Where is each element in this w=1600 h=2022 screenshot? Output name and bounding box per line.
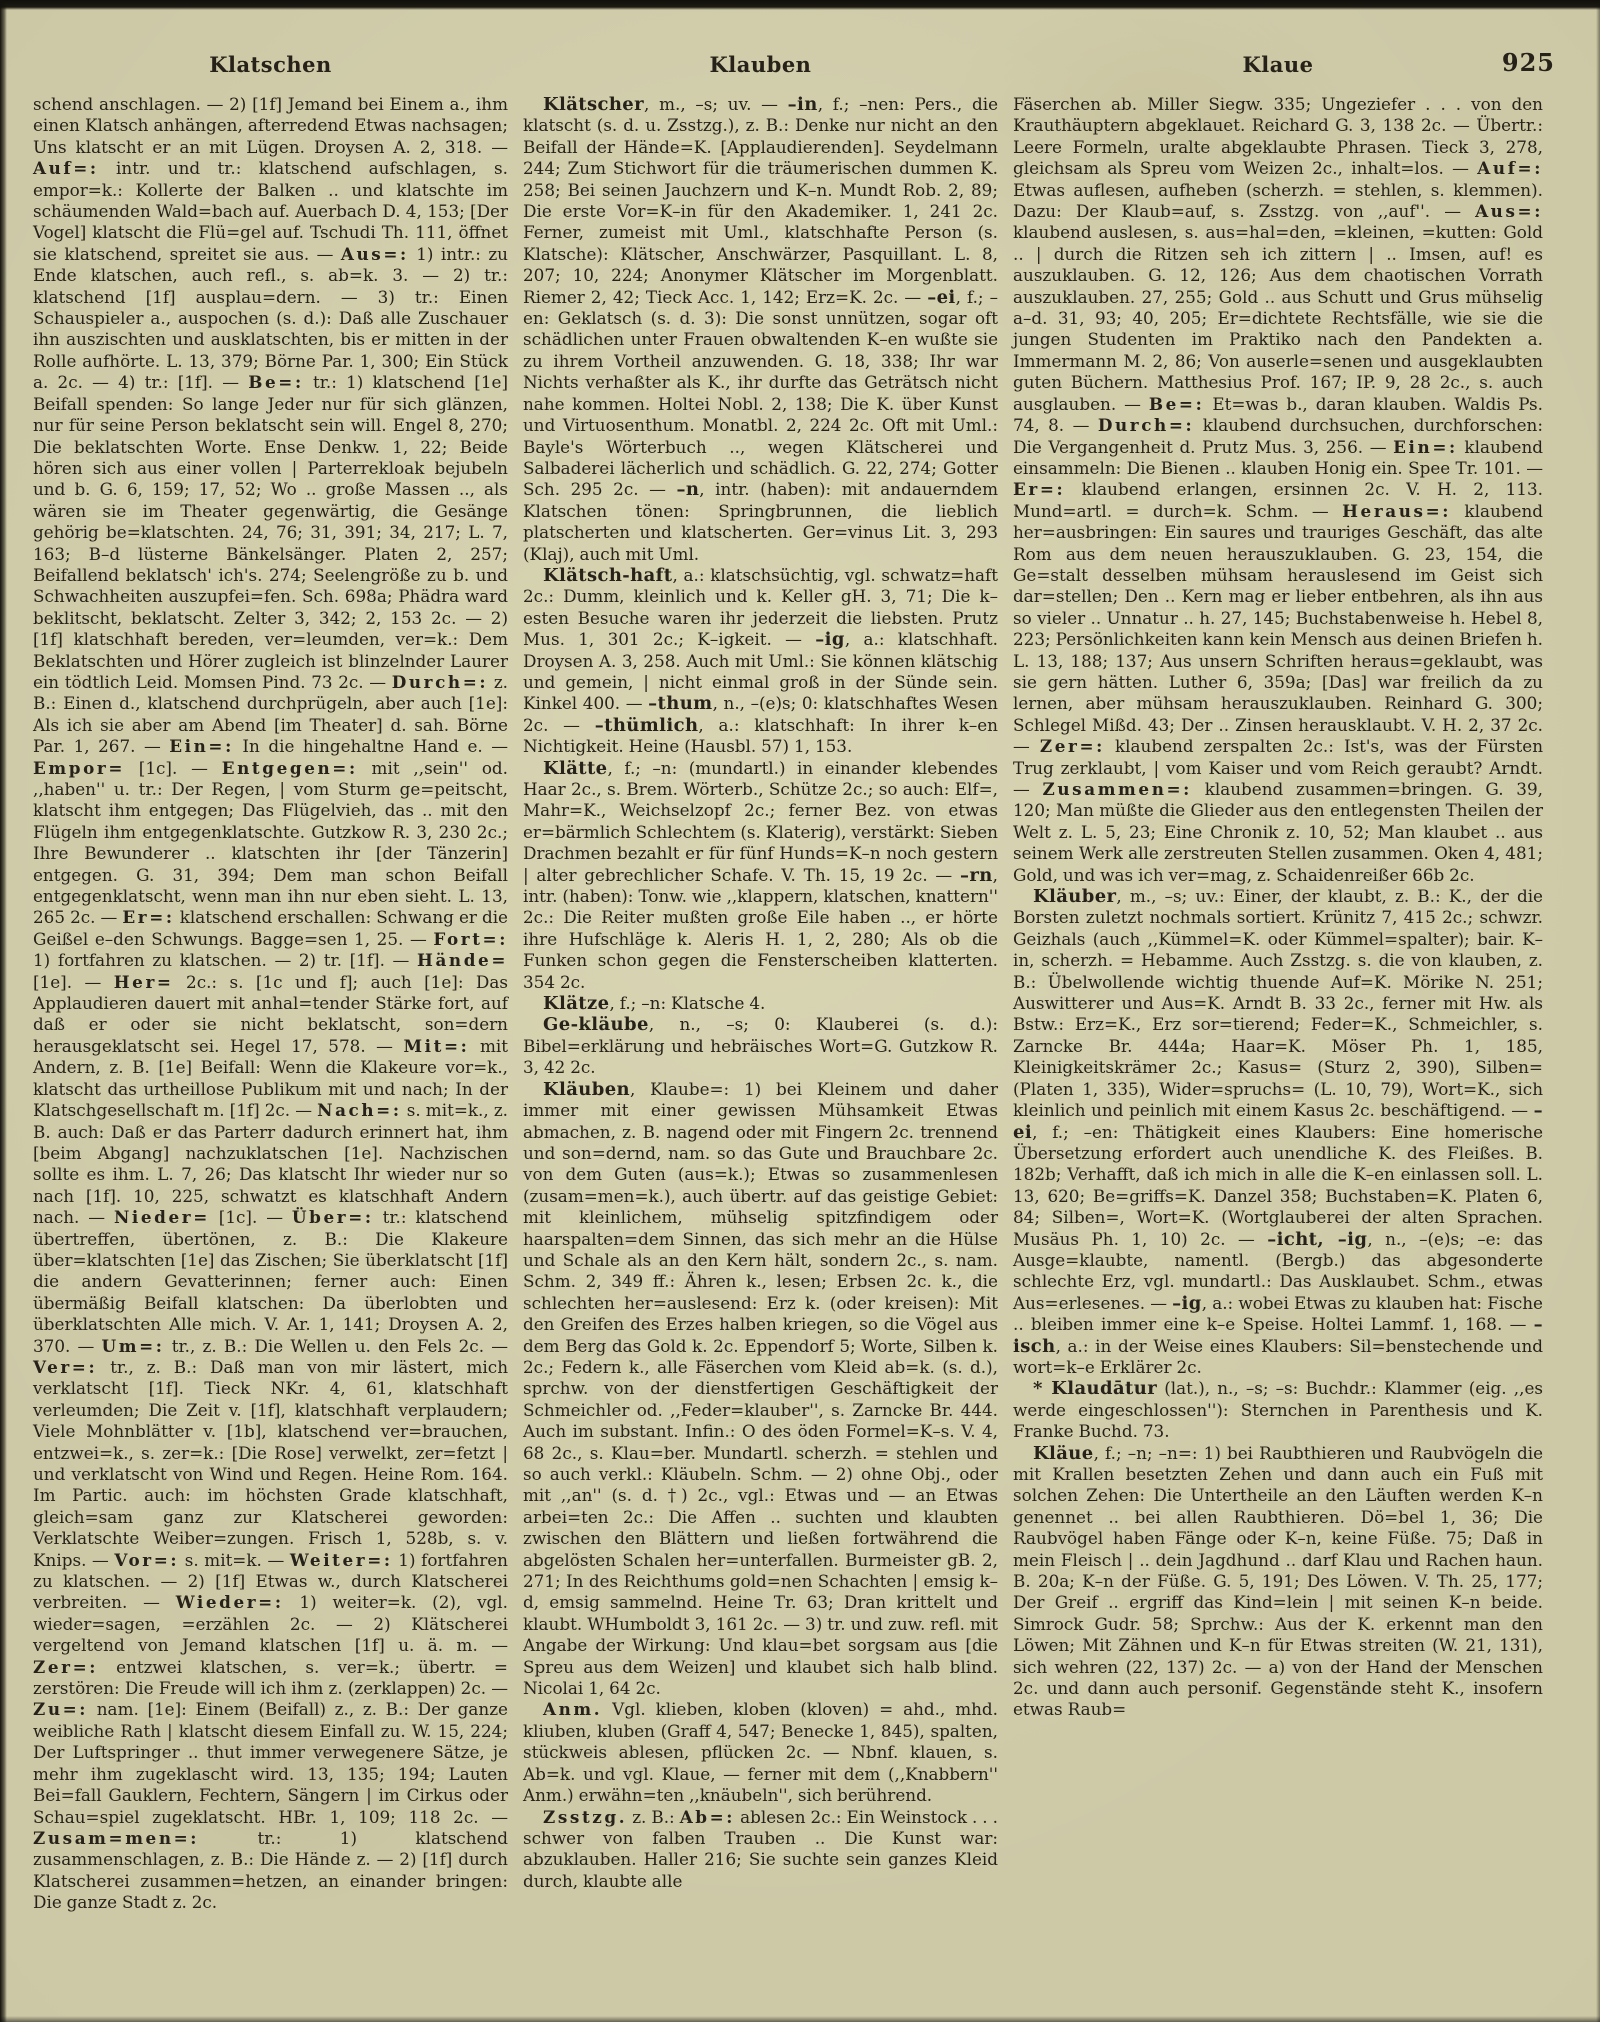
entry-paragraph: Kläuber, m., –s; uv.: Einer, der klaubt,… xyxy=(1013,886,1543,1378)
compound-headword: Aus=: xyxy=(341,244,409,264)
entry-headword: Klätze xyxy=(543,993,609,1014)
compound-headword: Ab=: xyxy=(680,1807,735,1827)
scan-edge-left xyxy=(0,0,7,2022)
compound-headword: Auf=: xyxy=(33,158,99,178)
text-columns: schend anschlagen. — 2) [1f] Jemand bei … xyxy=(33,94,1576,1984)
entry-text: klaubend her=ausbringen: Ein saures und … xyxy=(1013,501,1543,756)
entry-text: s. mit=k. — xyxy=(179,1550,290,1570)
compound-headword: Durch=: xyxy=(1098,415,1194,435)
entry-paragraph: schend anschlagen. — 2) [1f] Jemand bei … xyxy=(33,94,508,1914)
entry-text: tr.: klatschend übertreffen, übertönen, … xyxy=(33,1207,508,1355)
scan-edge-right xyxy=(1596,0,1600,2022)
dictionary-scan-page: Klatschen Klauben Klaue 925 schend ansch… xyxy=(0,0,1600,2022)
compound-headword: Ein=: xyxy=(1393,437,1458,457)
entry-text: In die hingehaltne Hand e. — xyxy=(234,736,508,756)
page-number: 925 xyxy=(1502,48,1555,77)
entry-paragraph: * Klaudātur (lat.), n., –s; –s: Buchdr.:… xyxy=(1013,1378,1543,1442)
entry-text: , f.; –n: Klatsche 4. xyxy=(609,993,765,1013)
compound-headword: Hände= xyxy=(417,950,508,970)
entry-paragraph: Zsstzg. z. B.: Ab=: ablesen 2c.: Ein Wei… xyxy=(523,1807,998,1893)
entry-text: Fäserchen ab. Miller Siegw. 335; Ungezie… xyxy=(1013,94,1543,178)
entry-headword: Kläuber xyxy=(1033,886,1116,907)
compound-headword: Zer=: xyxy=(1040,736,1105,756)
entry-text: schend anschlagen. — 2) [1f] Jemand bei … xyxy=(33,94,508,157)
entry-headword: –rn xyxy=(960,865,993,886)
compound-headword: Er=: xyxy=(122,907,174,927)
compound-headword: Nach=: xyxy=(317,1100,402,1120)
compound-headword: Empor= xyxy=(33,758,125,778)
entry-text: [1c]. — xyxy=(125,758,222,778)
entry-headword: –icht, –ig xyxy=(1267,1229,1367,1250)
entry-paragraph: Klätze, f.; –n: Klatsche 4. xyxy=(523,993,998,1014)
entry-text: , m., –s; uv.: Einer, der klaubt, z. B.:… xyxy=(1013,886,1543,1120)
compound-headword: Er=: xyxy=(1013,479,1065,499)
entry-headword: Klätsch-haft xyxy=(543,565,673,586)
entry-text: , f.; –en: Geklatsch (s. d. 3): Die sons… xyxy=(523,287,998,500)
compound-headword: Be=: xyxy=(1149,394,1205,414)
compound-headword: Auf=: xyxy=(1477,158,1543,178)
entry-headword: –thümlich xyxy=(595,715,699,736)
column-3: Fäserchen ab. Miller Siegw. 335; Ungezie… xyxy=(1013,94,1543,1984)
entry-paragraph: Fäserchen ab. Miller Siegw. 335; Ungezie… xyxy=(1013,94,1543,886)
compound-headword: Zu=: xyxy=(33,1699,88,1719)
entry-text: tr.: 1) klatschend [1e] Beifall spenden:… xyxy=(33,372,508,692)
entry-paragraph: Anm. Vgl. klieben, kloben (kloven) = ahd… xyxy=(523,1699,998,1806)
entry-paragraph: Kläue, f.; –n; –n=: 1) bei Raubthieren u… xyxy=(1013,1443,1543,1721)
entry-text: entzwei klatschen, s. ver=k.; übertr. = … xyxy=(33,1657,508,1698)
compound-headword: Mit=: xyxy=(403,1036,469,1056)
compound-headword: Zer=: xyxy=(33,1657,98,1677)
running-head-right: Klaue 925 xyxy=(1013,52,1543,77)
compound-headword: Anm. xyxy=(543,1699,602,1719)
compound-headword: Zusammen=: xyxy=(1043,779,1192,799)
compound-headword: Wieder=: xyxy=(176,1592,284,1612)
compound-headword: Über=: xyxy=(292,1207,374,1227)
entry-headword: Ge-kläube xyxy=(543,1014,649,1035)
entry-headword: –ig xyxy=(1172,1293,1202,1314)
entry-text: , f.; –nen: Pers., die klatscht (s. d. u… xyxy=(523,94,998,307)
compound-headword: Um=: xyxy=(102,1336,165,1356)
compound-headword: Nieder= xyxy=(114,1207,210,1227)
compound-headword: Aus=: xyxy=(1475,201,1543,221)
compound-headword: Her= xyxy=(114,972,174,992)
entry-text: nam. [1e]: Einem (Beifall) z., z. B.: De… xyxy=(33,1699,508,1826)
entry-text: , a.: in der Weise eines Klaubers: Sil=b… xyxy=(1013,1336,1543,1377)
entry-headword: –ig xyxy=(815,629,845,650)
entry-paragraph: Ge-kläube, n., –s; 0: Klauberei (s. d.):… xyxy=(523,1014,998,1078)
entry-text: mit ,,sein'' od. ,,haben'' u. tr.: Der R… xyxy=(33,758,508,928)
entry-headword: Kläue xyxy=(1033,1443,1094,1464)
entry-text: tr., z. B.: Daß man von mir lästert, mic… xyxy=(33,1357,508,1570)
entry-text: klaubend auslesen, s. aus=hal=den, =klei… xyxy=(1013,222,1543,413)
entry-text: z. B.: xyxy=(627,1807,679,1827)
compound-headword: Fort=: xyxy=(433,929,508,949)
entry-paragraph: Klätte, f.; –n: (mundartl.) in einander … xyxy=(523,758,998,993)
column-2: Klätscher, m., –s; uv. — –in, f.; –nen: … xyxy=(523,94,998,1984)
compound-headword: Zsstzg. xyxy=(543,1807,627,1827)
entry-text: 1) fortfahren zu klatschen. — 2) tr. [1f… xyxy=(33,950,417,970)
entry-text: [1c]. — xyxy=(210,1207,292,1227)
running-head-center: Klauben xyxy=(523,52,998,77)
entry-headword: Klätscher xyxy=(543,94,644,115)
entry-headword: –ei xyxy=(927,287,955,308)
compound-headword: Entgegen=: xyxy=(222,758,358,778)
entry-headword: Kläuben xyxy=(543,1079,630,1100)
compound-headword: Be=: xyxy=(248,372,304,392)
compound-headword: Ein=: xyxy=(169,736,234,756)
entry-paragraph: Kläuben, Klaube=: 1) bei Kleinem und dah… xyxy=(523,1079,998,1700)
compound-headword: Vor=: xyxy=(114,1550,179,1570)
running-head-left: Klatschen xyxy=(33,52,508,77)
compound-headword: Heraus=: xyxy=(1342,501,1451,521)
entry-text: , f.; –n; –n=: 1) bei Raubthieren und Ra… xyxy=(1013,1443,1543,1720)
scan-edge-top xyxy=(0,0,1600,10)
entry-text: 1) intr.: zu Ende klatschen, auch refl.,… xyxy=(33,244,508,392)
scan-edge-bottom xyxy=(0,2016,1600,2022)
entry-headword: –in xyxy=(788,94,818,115)
entry-paragraph: Klätsch-haft, a.: klatschsüchtig, vgl. s… xyxy=(523,565,998,758)
entry-text: , m., –s; uv. — xyxy=(644,94,788,114)
entry-headword: –n xyxy=(676,479,699,500)
running-head-right-label: Klaue xyxy=(1243,52,1314,77)
compound-headword: Zusam=men=: xyxy=(33,1828,199,1848)
entry-headword: –thum xyxy=(648,693,712,714)
compound-headword: Ver=: xyxy=(33,1357,97,1377)
compound-headword: Durch=: xyxy=(392,672,488,692)
entry-paragraph: Klätscher, m., –s; uv. — –in, f.; –nen: … xyxy=(523,94,998,565)
entry-text: Etwas auflesen, aufheben (scherzh. = ste… xyxy=(1013,180,1543,221)
entry-text: tr., z. B.: Die Wellen u. den Fels 2c. — xyxy=(165,1336,508,1356)
entry-text: , Klaube=: 1) bei Kleinem und daher imme… xyxy=(523,1079,998,1698)
entry-text: [1e]. — xyxy=(33,972,114,992)
running-head: Klatschen Klauben Klaue 925 xyxy=(33,52,1576,82)
entry-headword: Klätte xyxy=(543,758,608,779)
column-1: schend anschlagen. — 2) [1f] Jemand bei … xyxy=(33,94,508,1984)
compound-headword: Weiter=: xyxy=(290,1550,393,1570)
entry-headword: * Klaudātur xyxy=(1033,1378,1157,1399)
